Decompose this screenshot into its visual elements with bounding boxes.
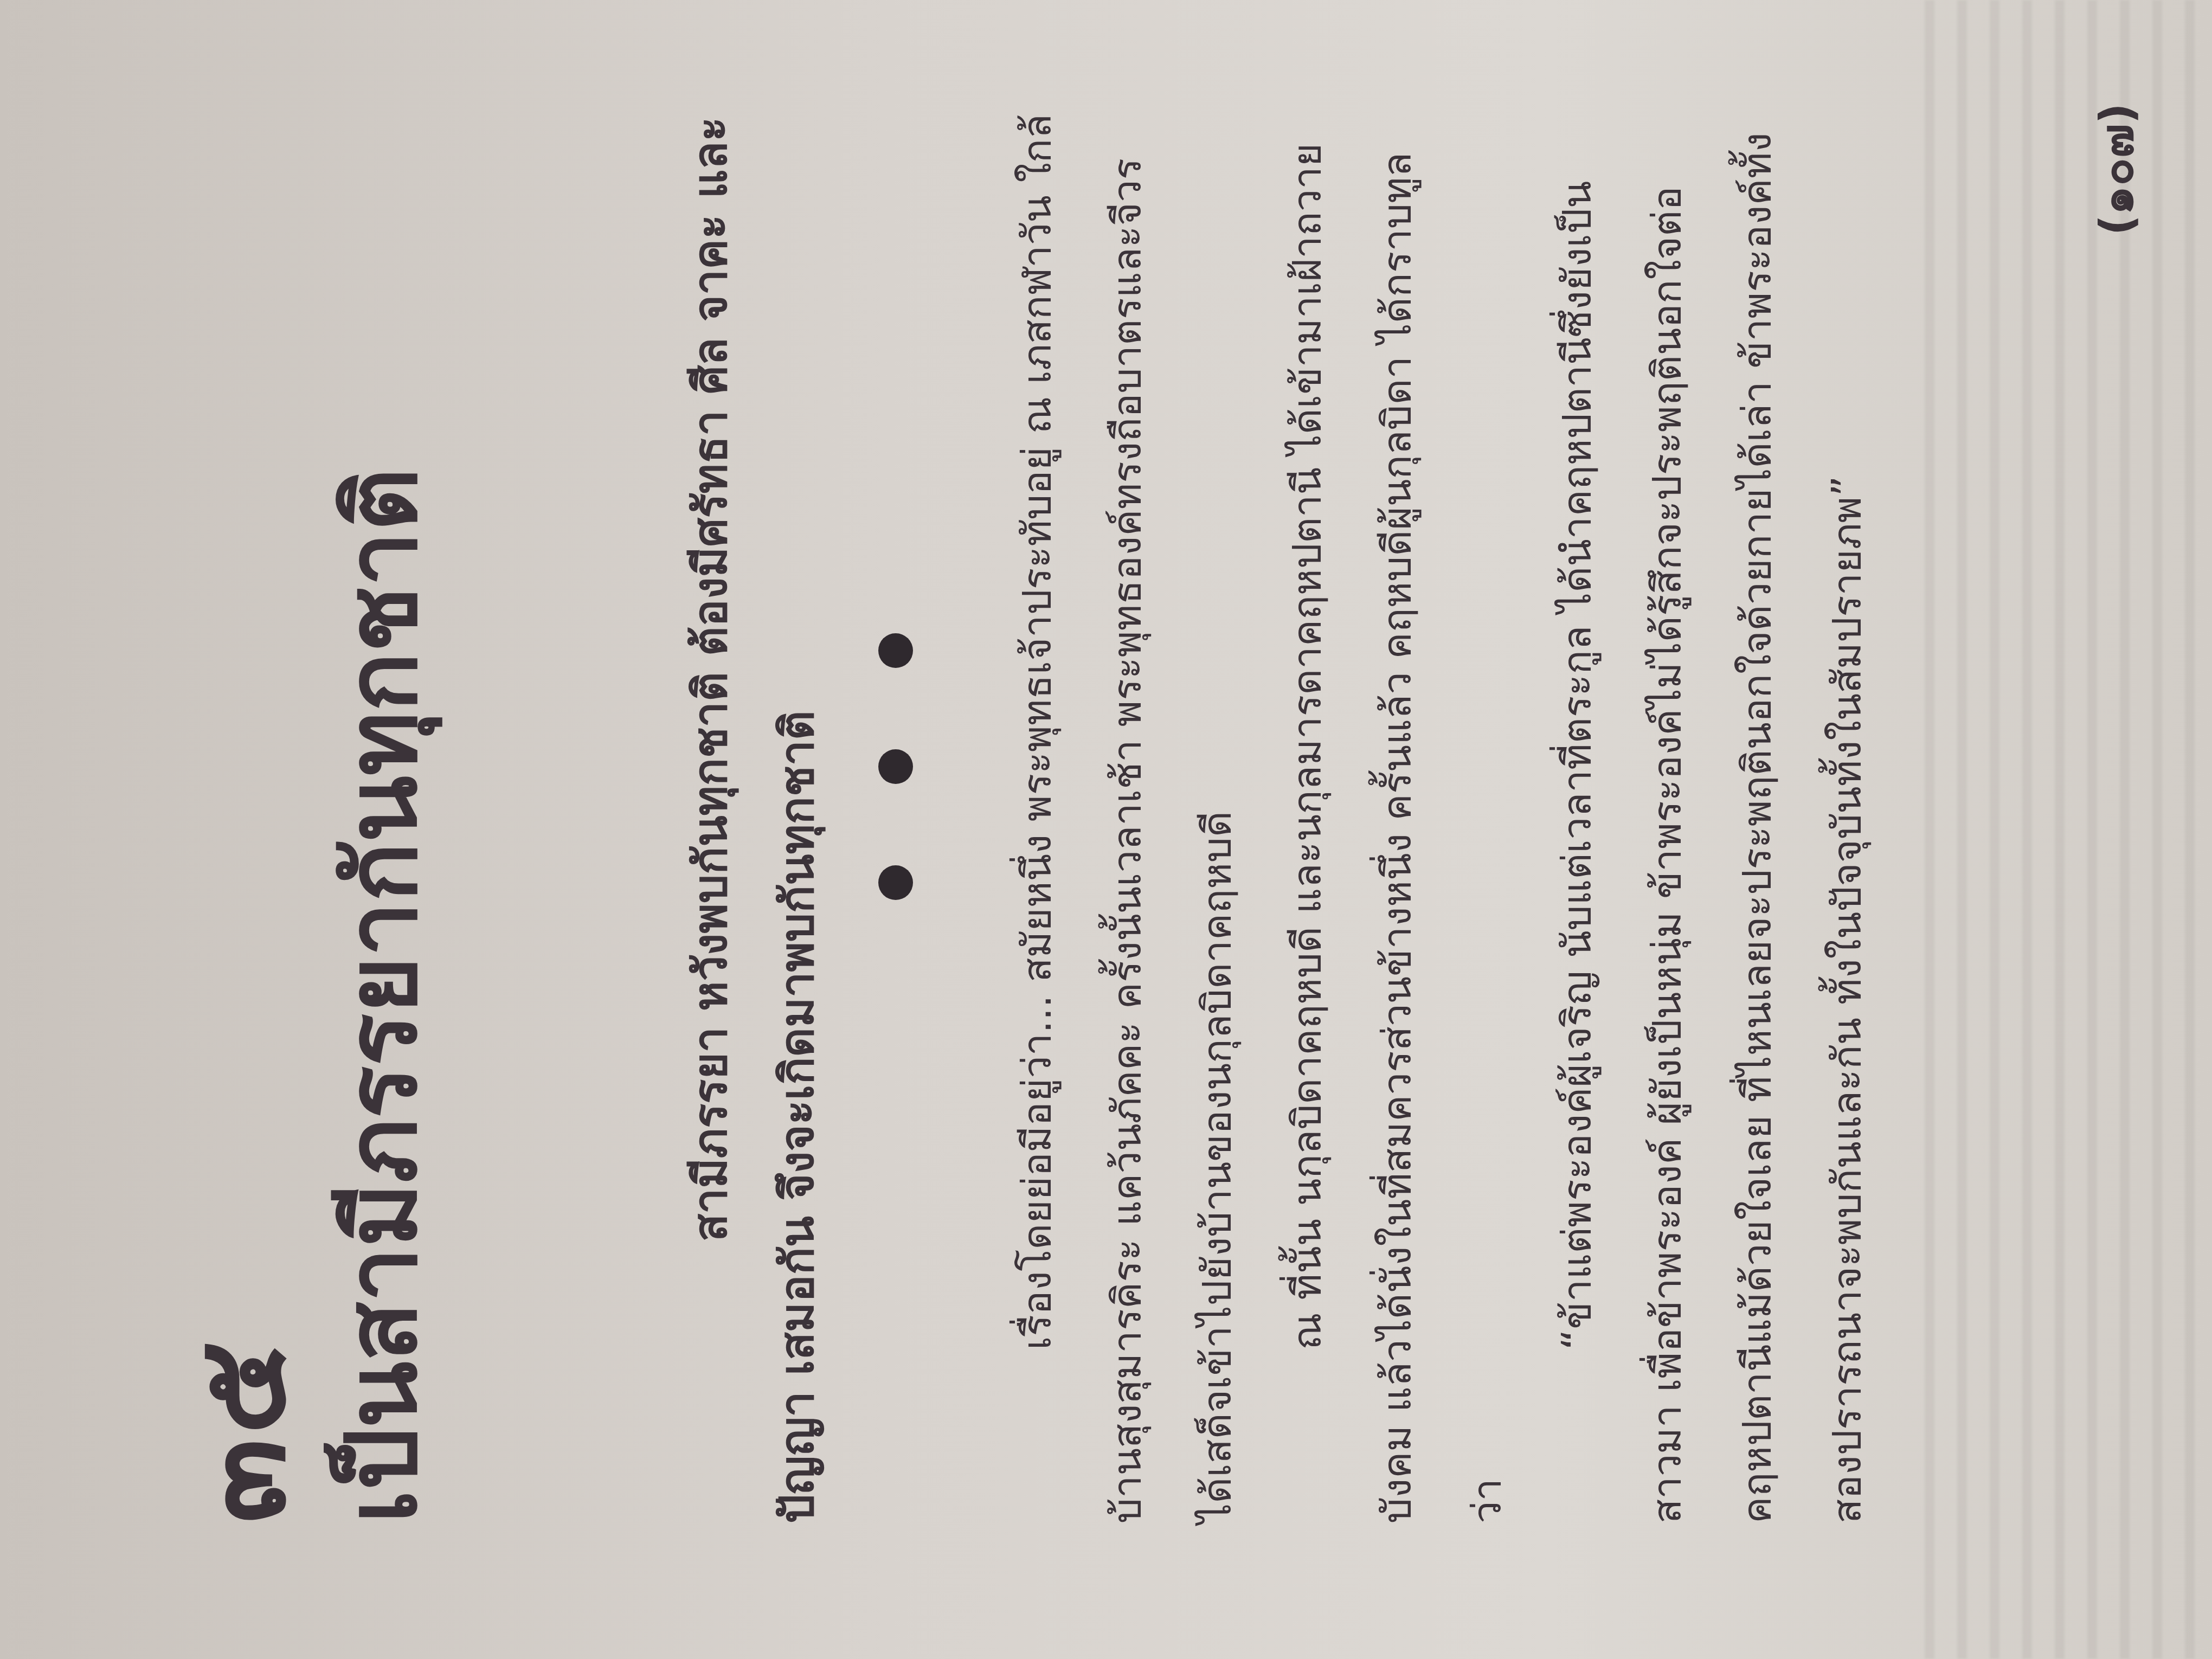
paragraph: ณ ที่นั้น นกุลบิดาคฤหบดี และนกุลมารดาคฤห…: [1262, 114, 1532, 1523]
book-page: ๓๕ เป็นสามีภรรยากันทุกชาติ สามีภรรยา หวั…: [0, 0, 2212, 1659]
paragraph-text: เรื่องโดยย่อมีอยู่ว่า... สมัยหนึ่ง พระพุ…: [1014, 114, 1240, 1523]
bullet-dot-icon: [878, 749, 913, 784]
paragraph-text: “ข้าแต่พระองค์ผู้เจริญ นับแต่เวลาที่ตระก…: [1554, 132, 1870, 1523]
paragraph: “ข้าแต่พระองค์ผู้เจริญ นับแต่เวลาที่ตระก…: [1532, 114, 1892, 1523]
chapter-title: เป็นสามีภรรยากันทุกชาติ: [304, 468, 459, 1523]
bullet-dot-icon: [878, 633, 913, 668]
summary-text: สามีภรรยา หวังพบกันทุกชาติ ต้องมีศรัทธา …: [684, 117, 824, 1523]
chapter-summary: สามีภรรยา หวังพบกันทุกชาติ ต้องมีศรัทธา …: [667, 114, 840, 1523]
body-text: เรื่องโดยย่อมีอยู่ว่า... สมัยหนึ่ง พระพุ…: [992, 114, 1892, 1523]
paragraph-text: ณ ที่นั้น นกุลบิดาคฤหบดี และนกุลมารดาคฤห…: [1284, 143, 1510, 1523]
bullet-dot-icon: [878, 865, 913, 900]
section-separator: [878, 633, 913, 900]
paragraph: เรื่องโดยย่อมีอยู่ว่า... สมัยหนึ่ง พระพุ…: [992, 114, 1262, 1523]
page-number: (๑๐๗): [2080, 103, 2152, 236]
